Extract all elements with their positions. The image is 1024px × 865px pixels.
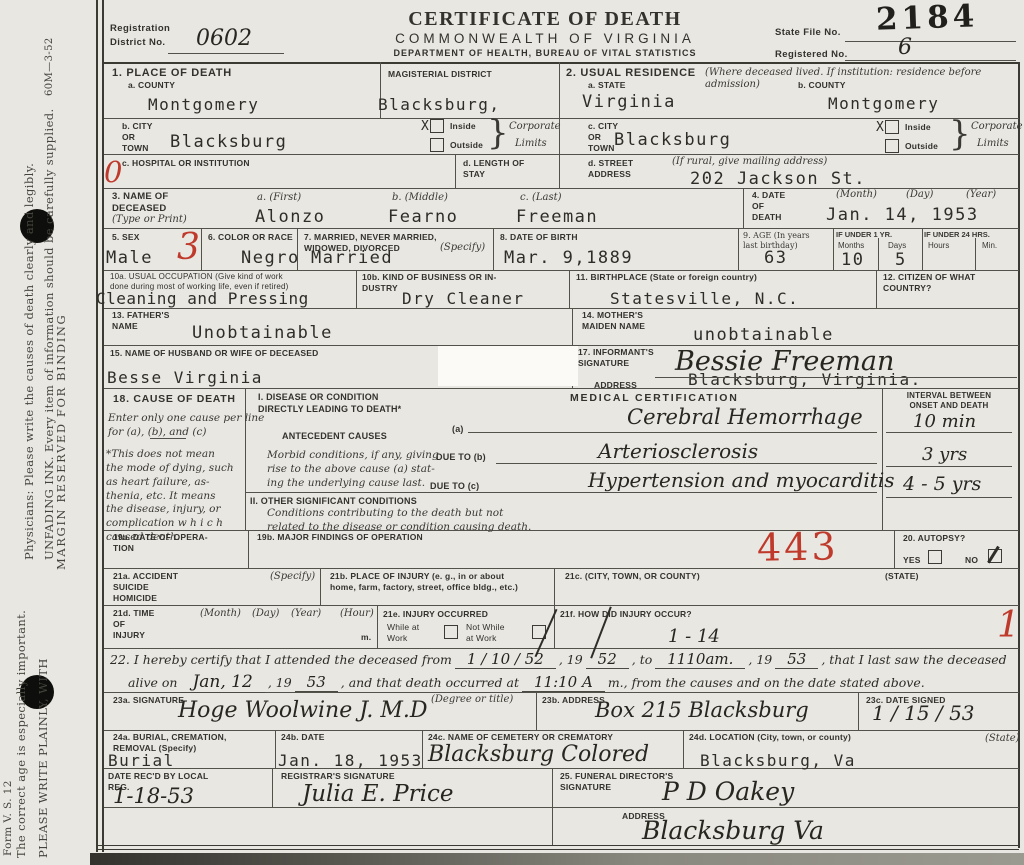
rule [104,530,1019,531]
residence-limits-label: Limits [977,138,1009,150]
interval-a-value: 10 min [913,413,976,431]
death-time-value: 11:10 A [522,675,605,692]
age-value: 63 [764,250,787,267]
divider [248,530,249,568]
spouse-name-value: Besse Virginia [107,370,263,386]
min-label: Min. [982,241,997,251]
interval-c-value: 4 - 5 yrs [903,475,981,494]
cause-a-label: (a) [452,424,464,436]
other-conditions-note: Conditions contributing to the death but… [267,507,531,535]
sex-value: Male [106,250,153,267]
divider [882,388,883,530]
rule [104,807,1019,808]
usual-residence-note: (Where deceased lived. If institution: r… [705,67,1024,91]
how-injury-occurred-label: 21f. HOW DID INJURY OCCUR? [560,609,692,620]
divider [455,154,456,188]
antecedent-causes-label: ANTECEDENT CAUSES [282,431,387,443]
color-race-label: 6. COLOR OR RACE [208,232,293,243]
year-label: (Year) [966,189,996,201]
death-certificate-scan: 60M—3-52 MARGIN RESERVED FOR BINDING PLE… [0,0,1024,865]
cause-a-line [468,432,877,433]
injury-hour-label: (Hour) [340,608,374,620]
street-address-value: 202 Jackson St. [690,171,866,188]
divider [894,530,895,568]
citizen-label: 12. CITIZEN OF WHAT COUNTRY? [883,272,975,294]
interval-a-line [886,432,1012,433]
divider [272,768,273,807]
cause-b-value: Arteriosclerosis [598,441,758,461]
date-of-death-label: 4. DATE OF DEATH [752,190,785,223]
certify-line-2: alive on Jan, 12 , 19 53 , and that deat… [128,674,925,693]
interval-b-line [886,466,1012,467]
burial-location-value: Blacksburg, Va [700,753,856,769]
while-at-work-checkbox [444,625,458,639]
cause-note-2: *This does not mean the mode of dying, s… [106,448,234,545]
injury-city-label: 21c. (CITY, TOWN, OR COUNTY) [565,571,700,582]
outside-label: Outside [450,140,483,151]
rule [104,270,1019,271]
middle-name-label: b. (Middle) [392,192,448,204]
divider [320,568,321,605]
interval-b-value: 3 yrs [922,446,967,464]
certify-text: alive on [128,677,177,690]
rule [104,308,1019,309]
divider [569,270,570,308]
date-received-value: 1-18-53 [113,786,194,807]
rule [104,568,1019,569]
under-1yr-label: IF UNDER 1 YR. [836,230,892,239]
mother-name-value: unobtainable [693,327,834,344]
attended-from-value: 1 / 10 / 52 [455,652,556,669]
usual-residence-title: 2. USUAL RESIDENCE [566,66,696,80]
certify-text: m., from the causes and on the date stat… [608,677,925,690]
rule [104,188,1019,189]
residence-inside-checkbox [885,120,899,134]
divider [552,768,553,845]
physician-signature-value: Hoge Woolwine J. M.D [178,700,427,722]
residence-state-value: Virginia [582,94,676,111]
limits-label: Limits [515,138,547,150]
red-stamp-443: 443 [757,527,839,566]
occupation-value: Cleaning and Pressing [96,291,309,307]
residence-outside-label: Outside [905,141,938,152]
divider [975,238,976,270]
burial-date-label: 24b. DATE [281,732,325,743]
day-label: (Day) [906,189,933,201]
other-conditions-label: II. OTHER SIGNIFICANT CONDITIONS [250,496,417,508]
certify-text: , to [632,654,653,667]
hours-label: Hours [928,241,949,251]
rule [104,228,1019,229]
alive-on-value: Jan, 12 [180,674,264,693]
outside-checkbox [430,138,444,152]
length-of-stay-label: d. LENGTH OF STAY [463,158,524,180]
rule [104,768,1019,769]
state-file-value: 2184 [875,1,978,36]
physicians-notice: Physicians: Please write the causes of d… [23,163,36,560]
registered-no-label: Registered No. [775,49,848,61]
injury-m-label: m. [361,632,371,643]
burial-location-label: 24d. LOCATION (City, town, or county) [689,732,851,743]
year-from-value: 52 [586,652,629,669]
burial-date-value: Jan. 18, 1953 [278,753,423,769]
residence-corporate-label: Corporate [971,121,1023,133]
while-at-work-label: While at Work [387,622,419,644]
sex-red-mark: 3 [177,230,200,266]
year-to-value: 53 [775,652,818,669]
magisterial-district-label: MAGISTERIAL DISTRICT [388,69,492,80]
medical-certification-title: MEDICAL CERTIFICATION [570,392,739,406]
form-number: Form V. S. 12 [2,780,14,856]
divider [536,692,537,730]
binding-notice: MARGIN RESERVED FOR BINDING [55,314,68,570]
divider [377,605,378,648]
specify-note: (Specify) [440,242,485,254]
date-of-birth-label: 8. DATE OF BIRTH [500,232,578,243]
under-24hrs-label: IF UNDER 24 HRS. [924,230,990,239]
cause-c-value: Hypertension and myocarditis [588,470,894,490]
date-of-operation-label: 19a. DATE OF OPERA- TION [113,532,208,554]
divider [493,228,494,270]
marital-status-value: Married [311,250,393,267]
write-plainly-notice: PLEASE WRITE PLAINLY, WITH [37,658,50,858]
business-value: Dry Cleaner [402,291,524,307]
cause-note-1: Enter only one cause per line for (a), (… [108,412,264,440]
county-label: a. COUNTY [128,80,175,91]
rule [845,60,1016,61]
cause-b-label: DUE TO (b) [436,452,486,464]
divider [554,568,555,605]
physician-address-value: Box 215 Blacksburg [595,700,809,721]
autopsy-yes-label: YES [903,555,921,566]
color-race-value: Negro [241,250,300,267]
write-plainly-notice-cont: UNFADING INK. Every item of information … [43,108,56,560]
first-name-value: Alonzo [255,209,325,226]
certify-text: , 19 [748,654,772,667]
autopsy-no-label: NO [965,555,978,566]
antecedent-note: Morbid conditions, if any, giving rise t… [267,449,439,491]
rule [655,377,1017,378]
father-name-value: Unobtainable [192,325,333,342]
street-address-label: d. STREET ADDRESS [588,158,633,180]
burial-location-state-note: (State) [985,733,1020,745]
brace-glyph: } [487,116,509,150]
divider [743,188,744,228]
alive-year-value: 53 [295,675,338,692]
magisterial-district-value: Blacksburg, [378,97,500,113]
spouse-name-label: 15. NAME OF HUSBAND OR WIFE OF DECEASED [110,348,319,359]
cause-of-death-title: 18. CAUSE OF DEATH [113,393,236,407]
first-name-label: a. (First) [257,192,301,204]
autopsy-yes-checkbox [928,550,942,564]
funeral-director-signature: P D Oakey [662,779,794,804]
form-border [97,845,1019,846]
divider [683,730,684,768]
mother-name-label: 14. MOTHER'S MAIDEN NAME [582,310,645,332]
form-border [104,62,1019,64]
street-address-note: (If rural, give mailing address) [672,156,827,168]
cause-a-value: Cerebral Hemorrhage [627,407,863,428]
date-of-birth-value: Mar. 9,1889 [504,250,633,267]
informant-address-value: Blacksburg, Virginia. [688,372,922,388]
department-title: DEPARTMENT OF HEALTH, BUREAU OF VITAL ST… [335,48,755,60]
injury-state-label: (STATE) [885,571,919,582]
degree-or-title-note: (Degree or title) [431,694,513,706]
red-mark-1: 1 [997,608,1020,644]
date-signed-value: 1 / 15 / 53 [872,703,975,723]
major-findings-label: 19b. MAJOR FINDINGS OF OPERATION [257,532,423,543]
inside-checkbox [430,119,444,133]
divider [876,270,877,308]
state-file-label: State File No. [775,27,841,39]
divider [356,270,357,308]
divider [201,228,202,270]
accident-specify-note: (Specify) [270,571,315,583]
sex-label: 5. SEX [112,232,140,243]
certificate-title: CERTIFICATE OF DEATH [335,6,755,32]
inside-label: Inside [450,121,476,132]
inside-x-mark: X [421,120,430,133]
month-label: (Month) [836,189,877,201]
birthplace-label: 11. BIRTHPLACE (State or foreign country… [576,272,757,283]
rule [845,41,1016,42]
rule [104,154,1019,155]
cause-c-line [245,492,877,493]
divider [833,228,834,270]
not-while-at-work-label: Not While at Work [466,622,505,644]
hospital-red-mark: 0 [104,158,122,187]
binding-rule [96,0,98,852]
rule [104,648,1019,649]
city-or-town-value: Blacksburg [170,134,287,151]
residence-city-value: Blacksburg [614,132,731,149]
injury-day-label: (Day) [252,608,279,620]
registration-label: Registration [110,23,170,35]
commonwealth-title: COMMONWEALTH OF VIRGINIA [335,30,755,48]
correct-age-notice: The correct age is especially important. [15,610,28,858]
corporate-label: Corporate [509,121,561,133]
residence-county-label: b. COUNTY [798,80,846,91]
injury-year-label: (Year) [291,608,321,620]
residence-outside-checkbox [885,139,899,153]
residence-county-value: Montgomery [828,96,939,112]
cause-b-line [496,463,877,464]
middle-name-value: Fearno [388,209,458,226]
funeral-director-label: 25. FUNERAL DIRECTOR'S SIGNATURE [560,771,673,793]
how-injury-value: 1 - 14 [668,628,720,646]
city-or-town-label: b. CITY OR TOWN [122,121,153,154]
last-name-label: c. (Last) [520,192,562,204]
cemetery-value: Blacksburg Colored [428,744,649,766]
registrar-signature-value: Julia E. Price [302,783,454,806]
cause-c-label: DUE TO (c) [430,481,479,493]
divider [878,238,879,270]
interval-c-line [886,497,1012,498]
funeral-director-address-value: Blacksburg Va [642,818,824,843]
attended-to-value: 1110am. [655,652,745,669]
divider [922,228,923,270]
divider [275,730,276,768]
scan-shadow [90,853,1024,865]
divider [858,692,859,730]
autopsy-label: 20. AUTOPSY? [903,533,965,544]
divider [572,308,573,345]
certify-text: , 19 [268,677,292,690]
physician-signature-label: 23a. SIGNATURE [113,695,184,706]
residence-state-label: a. STATE [588,80,626,91]
type-or-print-note: (Type or Print) [112,214,187,226]
rule [104,605,1019,606]
birthplace-value: Statesville, N.C. [610,291,799,307]
redaction-box [438,346,578,386]
certify-text: , that I last saw the deceased [821,654,1006,667]
form-border [97,849,1019,850]
last-name-value: Freeman [516,209,598,226]
disease-condition-label: I. DISEASE OR CONDITION DIRECTLY LEADING… [258,392,401,415]
residence-inside-x-mark: X [876,121,885,134]
county-value: Montgomery [148,97,259,113]
binding-rule [102,0,104,852]
place-of-injury-label: 21b. PLACE OF INJURY (e. g., in or about… [330,571,518,593]
certify-line-1: 22. I hereby certify that I attended the… [110,652,1007,669]
rule [104,118,1019,119]
divider [738,228,739,270]
name-of-deceased-label: 3. NAME OF DECEASED [112,191,168,216]
print-code: 60M—3-52 [44,37,56,96]
days-value: 5 [895,252,907,269]
father-name-label: 13. FATHER'S NAME [112,310,170,332]
informant-label: 17. INFORMANT'S SIGNATURE [578,347,654,369]
rule [168,53,284,54]
months-value: 10 [841,252,864,269]
district-no-label: District No. [110,37,165,49]
injury-month-label: (Month) [200,608,241,620]
accident-suicide-label: 21a. ACCIDENT SUICIDE HOMICIDE [113,571,178,604]
informant-address-label: ADDRESS [594,380,637,391]
burial-value: Burial [108,753,175,769]
place-of-death-title: 1. PLACE OF DEATH [112,66,232,80]
certify-text: 22. I hereby certify that I attended the… [110,654,452,667]
interval-label: INTERVAL BETWEEN ONSET AND DEATH [886,391,1012,412]
district-no-value: 0602 [196,28,252,50]
time-of-injury-label: 21d. TIME OF INJURY [113,608,154,641]
divider [245,388,246,530]
registered-no-value: 6 [898,37,912,59]
hospital-label: c. HOSPITAL OR INSTITUTION [122,158,250,169]
certify-text: , 19 [559,654,583,667]
brace-glyph: } [949,117,971,151]
certify-text: , and that death occurred at [341,677,519,690]
rule [104,730,1019,731]
residence-inside-label: Inside [905,122,931,133]
injury-occurred-label: 21e. INJURY OCCURRED [383,609,488,620]
date-of-death-value: Jan. 14, 1953 [826,207,979,224]
